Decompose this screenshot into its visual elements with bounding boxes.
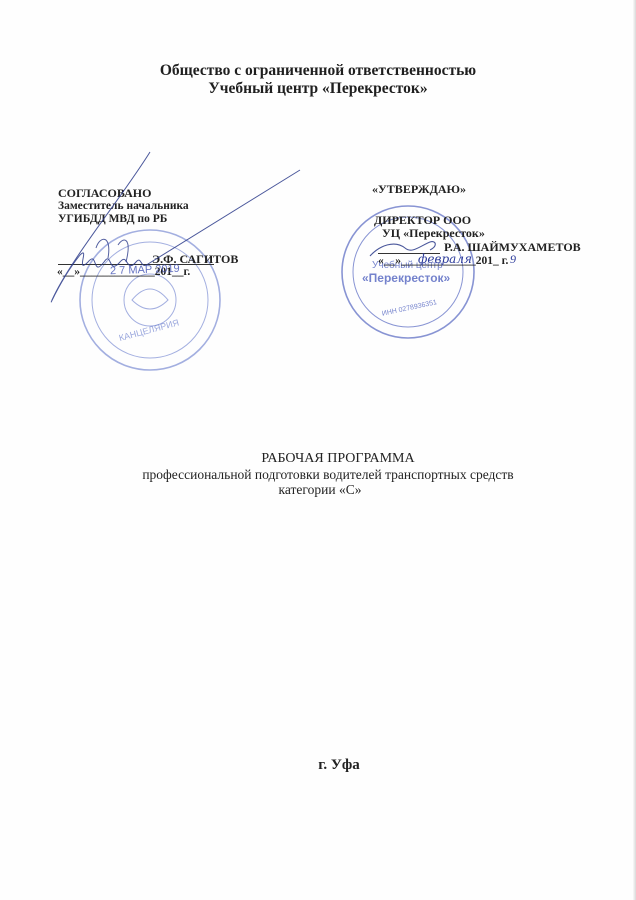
program-category: категории «С»	[0, 482, 636, 498]
program-title: РАБОЧАЯ ПРОГРАММА	[0, 451, 636, 467]
city-label: г. Уфа	[0, 757, 636, 774]
document-page: Общество с ограниченной ответственностью…	[0, 0, 636, 900]
program-subtitle: профессиональной подготовки водителей тр…	[0, 467, 636, 483]
